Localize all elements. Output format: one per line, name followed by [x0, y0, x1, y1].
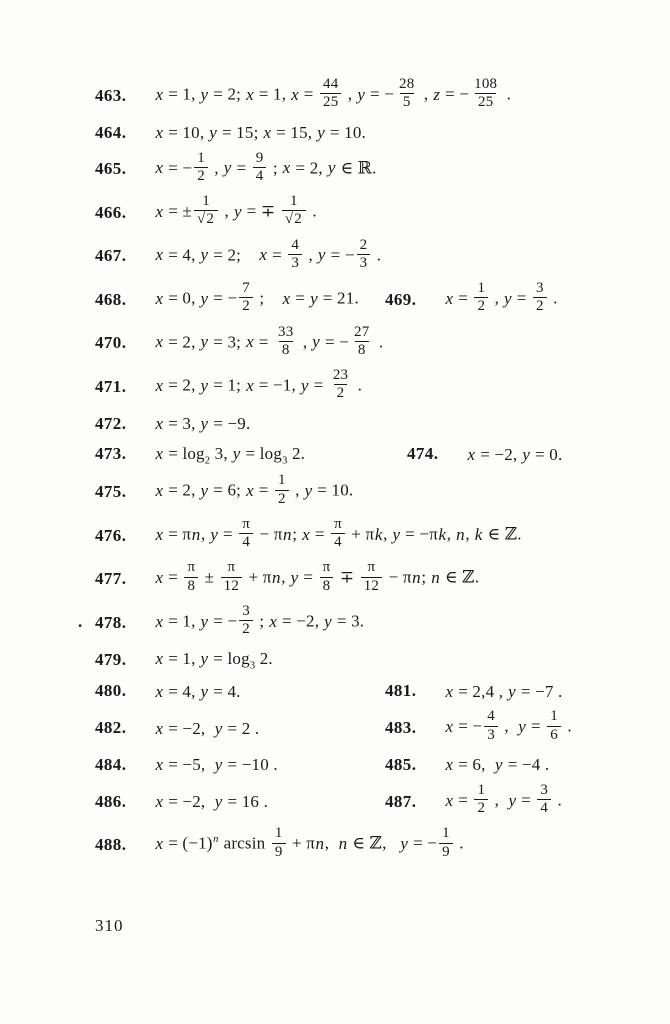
item-number: 478.	[95, 613, 155, 633]
fraction: 12	[474, 280, 488, 316]
answer-item-488: 488.x = (−1)n arcsin 19 + πn, n ∈ ℤ, y =…	[95, 827, 464, 863]
answer-item-463: 463.x = 1, y = 2; x = 1, x = 4425 , y = …	[95, 78, 511, 114]
fraction-numerator: 1	[275, 472, 289, 489]
fraction-numerator: 4	[484, 708, 498, 725]
item-expression: x = 10, y = 15; x = 15, y = 10.	[155, 122, 366, 143]
answer-item-467: 467.x = 4, y = 2; x = 43 , y = −23 .	[95, 239, 381, 275]
sqrt: √2	[197, 210, 215, 227]
item-expression: x = 4, y = 2; x = 43 , y = −23 .	[155, 239, 381, 275]
item-expression: x = 6, y = −4 .	[445, 754, 549, 775]
answer-item-479: 479.x = 1, y = log3 2.	[95, 648, 273, 672]
answer-row: 475.x = 2, y = 6; x = 12 , y = 10.	[95, 474, 640, 510]
item-expression: x = 1, y = 2; x = 1, x = 4425 , y = −285…	[155, 78, 511, 114]
fraction: 19	[272, 825, 286, 861]
answer-item-484: 484.x = −5, y = −10 .	[95, 754, 385, 775]
answer-item-470: 470.x = 2, y = 3; x = 338 , y = −278 .	[95, 326, 383, 362]
fraction-numerator: 1	[272, 825, 286, 842]
fraction: 16	[547, 708, 561, 744]
item-expression: x = −2, y = 2 .	[155, 718, 259, 739]
fraction-denominator: 3	[357, 254, 371, 272]
item-number: 474.	[407, 444, 467, 464]
fraction-numerator: 1	[547, 708, 561, 725]
fraction-denominator: 2	[474, 297, 488, 315]
fraction-denominator: 3	[484, 726, 498, 744]
answer-row: 488.x = (−1)n arcsin 19 + πn, n ∈ ℤ, y =…	[95, 827, 640, 863]
fraction: 34	[537, 782, 551, 818]
item-number: 488.	[95, 835, 155, 855]
fraction-denominator: 25	[320, 93, 341, 111]
answer-item-464: 464.x = 10, y = 15; x = 15, y = 10.	[95, 122, 366, 143]
fraction: 278	[351, 324, 372, 360]
fraction-numerator: 23	[330, 367, 351, 384]
fraction-numerator: 33	[275, 324, 296, 341]
answer-item-472: 472.x = 3, y = −9.	[95, 413, 250, 434]
fraction-denominator: 2	[239, 620, 253, 638]
fraction-numerator: 9	[253, 150, 267, 167]
fraction-numerator: π	[365, 559, 379, 576]
fraction-numerator: π	[184, 559, 198, 576]
answer-item-477: 477.x = π8 ± π12 + πn, y = π8 ∓ π12 − πn…	[95, 561, 479, 597]
subscript: 3	[282, 455, 287, 466]
fraction-numerator: 1	[287, 193, 301, 210]
book-page: 463.x = 1, y = 2; x = 1, x = 4425 , y = …	[0, 0, 670, 1024]
subscript: 2	[205, 455, 210, 466]
item-number: 469.	[385, 290, 445, 310]
fraction: 43	[288, 237, 302, 273]
answer-row: 473.x = log2 3, y = log3 2.474.x = −2, y…	[95, 443, 640, 467]
item-expression: x = 4, y = 4.	[155, 681, 241, 702]
fraction-denominator: 8	[184, 577, 198, 595]
answer-item-478: 478.x = 1, y = −32 ; x = −2, y = 3.	[95, 605, 364, 641]
fraction: 12	[194, 150, 208, 186]
fraction-numerator: π	[224, 559, 238, 576]
item-number: 484.	[95, 755, 155, 775]
fraction: 32	[533, 280, 547, 316]
fraction-numerator: π	[239, 516, 253, 533]
item-number: 486.	[95, 792, 155, 812]
fraction-numerator: 108	[471, 76, 500, 93]
fraction-denominator: 4	[537, 799, 551, 817]
item-number: 472.	[95, 414, 155, 434]
fraction-numerator: 1	[194, 150, 208, 167]
answer-item-471: 471.x = 2, y = 1; x = −1, y = 232 .	[95, 369, 362, 405]
answer-item-469: 469.x = 12 , y = 32 .	[385, 282, 558, 318]
fraction-denominator: 8	[355, 341, 369, 359]
answer-item-475: 475.x = 2, y = 6; x = 12 , y = 10.	[95, 474, 353, 510]
fraction: π4	[331, 516, 345, 552]
fraction: 232	[330, 367, 351, 403]
fraction-numerator: 7	[239, 280, 253, 297]
item-expression: x = 2, y = 3; x = 338 , y = −278 .	[155, 326, 383, 362]
answer-row: 480.x = 4, y = 4.481.x = 2,4 , y = −7 .	[95, 680, 640, 702]
item-number: 485.	[385, 755, 445, 775]
item-expression: x = 12 , y = 32 .	[445, 282, 558, 318]
fraction: 32	[239, 603, 253, 639]
radical-sign: √	[285, 211, 293, 227]
item-expression: x = 2, y = 1; x = −1, y = 232 .	[155, 369, 362, 405]
fraction-denominator: 2	[334, 384, 348, 402]
fraction-denominator: 2	[533, 297, 547, 315]
item-expression: x = −2, y = 0.	[467, 444, 562, 465]
item-expression: x = 2, y = 6; x = 12 , y = 10.	[155, 474, 353, 510]
fraction-numerator: 3	[533, 280, 547, 297]
answer-row: 470.x = 2, y = 3; x = 338 , y = −278 .	[95, 326, 640, 362]
answer-row: 464.x = 10, y = 15; x = 15, y = 10.	[95, 122, 640, 144]
item-expression: x = log2 3, y = log3 2.	[155, 443, 305, 467]
answer-item-474: 474.x = −2, y = 0.	[407, 444, 562, 465]
fraction: 94	[253, 150, 267, 186]
answer-item-473: 473.x = log2 3, y = log3 2.	[95, 443, 407, 467]
fraction: 1√2	[282, 193, 306, 229]
answer-row: 486.x = −2, y = 16 .487.x = 12 , y = 34 …	[95, 784, 640, 820]
fraction-denominator: 9	[439, 843, 453, 861]
item-number: 471.	[95, 377, 155, 397]
answer-row: 472.x = 3, y = −9.	[95, 413, 640, 435]
item-number: 473.	[95, 444, 155, 464]
answers-list: 463.x = 1, y = 2; x = 1, x = 4425 , y = …	[0, 0, 670, 871]
item-number: 479.	[95, 650, 155, 670]
fraction-numerator: 1	[199, 193, 213, 210]
fraction-denominator: 5	[400, 93, 414, 111]
fraction-numerator: 2	[357, 237, 371, 254]
answer-item-482: 482.x = −2, y = 2 .	[95, 718, 385, 739]
fraction: π12	[361, 559, 382, 595]
answer-item-485: 485.x = 6, y = −4 .	[385, 754, 549, 775]
answer-item-466: 466.x = ±1√2 , y = ∓ 1√2 .	[95, 195, 317, 231]
fraction-numerator: π	[331, 516, 345, 533]
answer-item-465: 465.x = −12 , y = 94 ; x = 2, y ∈ ℝ.	[95, 152, 377, 188]
item-expression: x = 0, y = −72 ; x = y = 21.	[155, 282, 359, 318]
radicand: 2	[293, 210, 303, 227]
fraction-denominator: 8	[279, 341, 293, 359]
fraction-numerator: 4	[288, 237, 302, 254]
radicand: 2	[205, 210, 215, 227]
fraction-denominator: 25	[475, 93, 496, 111]
fraction: π8	[320, 559, 334, 595]
item-number: 480.	[95, 681, 155, 701]
fraction-denominator: 9	[272, 843, 286, 861]
fraction-denominator: √2	[194, 210, 218, 228]
scan-artifact-dot: .	[78, 612, 82, 632]
fraction-numerator: 3	[239, 603, 253, 620]
item-number: 483.	[385, 718, 445, 738]
item-number: 466.	[95, 203, 155, 223]
page-number: 310	[95, 916, 124, 936]
fraction: 23	[357, 237, 371, 273]
fraction-denominator: 4	[239, 533, 253, 551]
item-number: 477.	[95, 569, 155, 589]
answer-item-487: 487.x = 12 , y = 34 .	[385, 784, 562, 820]
item-expression: x = (−1)n arcsin 19 + πn, n ∈ ℤ, y = −19…	[155, 827, 464, 863]
item-number: 481.	[385, 681, 445, 701]
fraction-numerator: 27	[351, 324, 372, 341]
item-number: 465.	[95, 159, 155, 179]
fraction-denominator: 2	[275, 490, 289, 508]
fraction: 1√2	[194, 193, 218, 229]
fraction-denominator: 4	[331, 533, 345, 551]
item-expression: x = −2, y = 16 .	[155, 791, 268, 812]
fraction-denominator: 2	[194, 167, 208, 185]
item-number: 464.	[95, 123, 155, 143]
subscript: 3	[250, 661, 255, 672]
answer-item-468: 468.x = 0, y = −72 ; x = y = 21.	[95, 282, 385, 318]
answer-row: 467.x = 4, y = 2; x = 43 , y = −23 .	[95, 239, 640, 275]
answer-row: 482.x = −2, y = 2 .483.x = −43 , y = 16 …	[95, 710, 640, 746]
answer-row: 478.x = 1, y = −32 ; x = −2, y = 3.	[95, 605, 640, 641]
item-number: 467.	[95, 246, 155, 266]
item-number: 468.	[95, 290, 155, 310]
answer-item-483: 483.x = −43 , y = 16 .	[385, 710, 572, 746]
fraction: π8	[184, 559, 198, 595]
fraction-denominator: 12	[361, 577, 382, 595]
fraction-denominator: 2	[474, 799, 488, 817]
answer-item-486: 486.x = −2, y = 16 .	[95, 791, 385, 812]
fraction-numerator: 1	[474, 782, 488, 799]
answer-row: 463.x = 1, y = 2; x = 1, x = 4425 , y = …	[95, 78, 640, 114]
answer-item-480: 480.x = 4, y = 4.	[95, 681, 385, 702]
fraction: 10825	[471, 76, 500, 112]
item-expression: x = 1, y = −32 ; x = −2, y = 3.	[155, 605, 364, 641]
answer-row: 465.x = −12 , y = 94 ; x = 2, y ∈ ℝ.	[95, 152, 640, 188]
fraction-denominator: 6	[547, 726, 561, 744]
fraction: 285	[396, 76, 417, 112]
fraction: 12	[474, 782, 488, 818]
item-number: 475.	[95, 482, 155, 502]
fraction: 19	[439, 825, 453, 861]
item-expression: x = π8 ± π12 + πn, y = π8 ∓ π12 − πn; n …	[155, 561, 479, 597]
fraction: 12	[275, 472, 289, 508]
item-expression: x = −43 , y = 16 .	[445, 710, 572, 746]
answer-row: 468.x = 0, y = −72 ; x = y = 21.469.x = …	[95, 282, 640, 318]
fraction-numerator: 1	[474, 280, 488, 297]
item-expression: x = 1, y = log3 2.	[155, 648, 273, 672]
fraction-denominator: 8	[320, 577, 334, 595]
fraction-numerator: 28	[396, 76, 417, 93]
answer-row: 471.x = 2, y = 1; x = −1, y = 232 .	[95, 369, 640, 405]
fraction-numerator: 1	[439, 825, 453, 842]
fraction-denominator: √2	[282, 210, 306, 228]
item-expression: x = 3, y = −9.	[155, 413, 250, 434]
fraction: 338	[275, 324, 296, 360]
item-number: 482.	[95, 718, 155, 738]
fraction-denominator: 4	[253, 167, 267, 185]
answer-item-476: 476.x = πn, y = π4 − πn; x = π4 + πk, y …	[95, 518, 522, 554]
fraction: π12	[221, 559, 242, 595]
sqrt: √2	[285, 210, 303, 227]
superscript: n	[213, 834, 219, 845]
item-number: 487.	[385, 792, 445, 812]
fraction-numerator: π	[320, 559, 334, 576]
fraction-denominator: 2	[239, 297, 253, 315]
fraction-numerator: 3	[537, 782, 551, 799]
answer-row: 484.x = −5, y = −10 .485.x = 6, y = −4 .	[95, 754, 640, 776]
answer-row: 479.x = 1, y = log3 2.	[95, 648, 640, 672]
item-expression: x = ±1√2 , y = ∓ 1√2 .	[155, 195, 317, 231]
fraction: 4425	[320, 76, 341, 112]
fraction: 43	[484, 708, 498, 744]
fraction: 72	[239, 280, 253, 316]
item-number: 470.	[95, 333, 155, 353]
item-expression: x = −12 , y = 94 ; x = 2, y ∈ ℝ.	[155, 152, 377, 188]
answer-row: 477.x = π8 ± π12 + πn, y = π8 ∓ π12 − πn…	[95, 561, 640, 597]
item-expression: x = −5, y = −10 .	[155, 754, 278, 775]
answer-item-481: 481.x = 2,4 , y = −7 .	[385, 681, 562, 702]
item-expression: x = 12 , y = 34 .	[445, 784, 562, 820]
fraction-numerator: 44	[320, 76, 341, 93]
fraction: π4	[239, 516, 253, 552]
fraction-denominator: 12	[221, 577, 242, 595]
item-number: 463.	[95, 86, 155, 106]
item-number: 476.	[95, 526, 155, 546]
item-expression: x = 2,4 , y = −7 .	[445, 681, 562, 702]
item-expression: x = πn, y = π4 − πn; x = π4 + πk, y = −π…	[155, 518, 522, 554]
answer-row: 476.x = πn, y = π4 − πn; x = π4 + πk, y …	[95, 518, 640, 554]
answer-row: 466.x = ±1√2 , y = ∓ 1√2 .	[95, 195, 640, 231]
fraction-denominator: 3	[288, 254, 302, 272]
